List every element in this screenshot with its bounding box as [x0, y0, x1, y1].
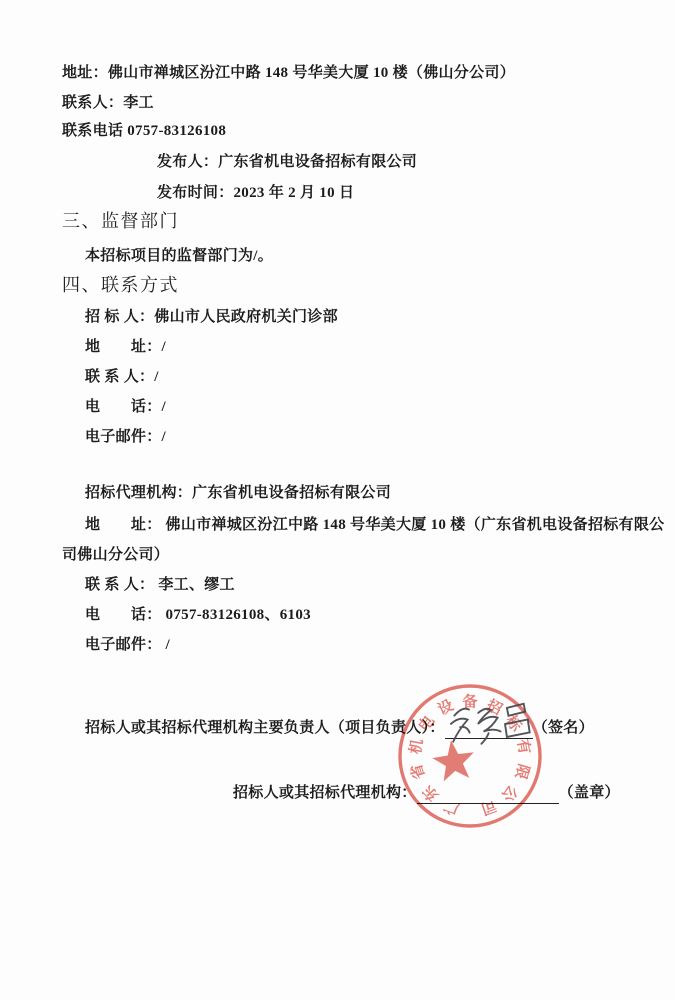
notice-publisher-line: 发布人：广东省机电设备招标有限公司: [157, 151, 417, 173]
org-stamp-blank: [417, 784, 559, 804]
tenderee-phone-line: 电 话：/: [85, 396, 166, 418]
notice-phone-line: 联系电话 0757-83126108: [62, 120, 226, 142]
leader-signature-row: 招标人或其招标代理机构主要负责人（项目负责人）：（签名）: [85, 717, 594, 739]
svg-text:设: 设: [435, 696, 456, 719]
section3-heading: 三、监督部门: [62, 210, 179, 232]
section3-body: 本招标项目的监督部门为/。: [85, 245, 273, 267]
seal-star-icon: [430, 737, 477, 782]
notice-publish-date-line: 发布时间：2023 年 2 月 10 日: [157, 182, 354, 204]
svg-text:招: 招: [483, 695, 505, 718]
agency-address-line-2: 司佛山分公司）: [62, 544, 169, 566]
tenderee-address-line: 地 址：/: [85, 336, 166, 358]
svg-text:备: 备: [462, 693, 477, 711]
seal-ring: [400, 686, 540, 826]
tenderee-email-line: 电子邮件：/: [85, 426, 166, 448]
leader-signature-blank: [445, 719, 533, 739]
leader-signature-suffix: （签名）: [533, 717, 594, 739]
svg-text:有: 有: [514, 738, 534, 756]
svg-text:机: 机: [407, 738, 426, 756]
tenderee-contact-line: 联 系 人：/: [85, 366, 159, 388]
svg-text:省: 省: [408, 762, 429, 781]
tenderee-name-line: 招 标 人：佛山市人民政府机关门诊部: [85, 306, 338, 328]
company-seal-stamp: 广东省机电设备招标有限公司: [396, 682, 546, 832]
agency-name-line: 招标代理机构：广东省机电设备招标有限公司: [85, 482, 391, 504]
document-page: 地址：佛山市禅城区汾江中路 148 号华美大厦 10 楼（佛山分公司） 联系人：…: [0, 0, 675, 1000]
org-stamp-suffix: （盖章）: [559, 782, 620, 804]
notice-contact-line: 联系人：李工: [62, 92, 154, 114]
agency-email-line: 电子邮件： /: [85, 634, 170, 656]
svg-text:限: 限: [511, 762, 533, 782]
org-stamp-label: 招标人或其招标代理机构：: [233, 782, 417, 804]
agency-contact-line: 联 系 人： 李工、缪工: [85, 574, 235, 596]
leader-signature-label: 招标人或其招标代理机构主要负责人（项目负责人）：: [85, 717, 445, 739]
org-stamp-row: 招标人或其招标代理机构：（盖章）: [233, 782, 620, 804]
section4-heading: 四、联系方式: [62, 274, 179, 296]
agency-phone-line: 电 话： 0757-83126108、6103: [85, 604, 311, 626]
agency-address-line-1: 地 址： 佛山市禅城区汾江中路 148 号华美大厦 10 楼（广东省机电设备招标…: [85, 514, 664, 536]
notice-address-line: 地址：佛山市禅城区汾江中路 148 号华美大厦 10 楼（佛山分公司）: [62, 62, 515, 84]
